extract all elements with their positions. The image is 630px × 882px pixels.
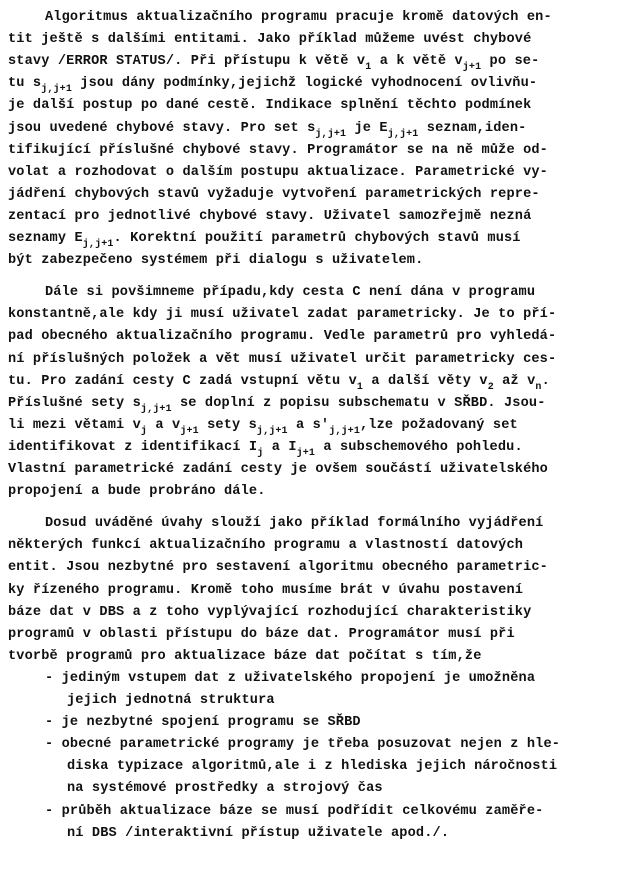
text-run: Algoritmus aktualizačního programu pracu… — [45, 10, 552, 25]
text-run: a k větě v — [371, 54, 462, 69]
bullet-item-3: - obecné parametrické programy je třeba … — [45, 734, 560, 756]
text-run: a s' — [288, 418, 330, 433]
subscript: n — [535, 382, 541, 393]
bullet-item-1-continuation: jejich jednotná struktura — [67, 690, 275, 712]
paragraph-2-line: Dále si povšimneme případu,kdy cesta C n… — [45, 282, 535, 304]
text-run: seznam,iden- — [418, 121, 526, 136]
paragraph-2-line: Vlastní parametrické zadání cesty je ovš… — [8, 459, 548, 481]
text-run: pad obecného aktualizačního programu. Ve… — [8, 329, 556, 344]
paragraph-2-line: konstantně,ale kdy ji musí uživatel zada… — [8, 304, 556, 326]
subscript: j — [141, 426, 147, 437]
paragraph-3-line: programů v oblasti přístupu do báze dat.… — [8, 624, 515, 646]
text-run: entit. Jsou nezbytné pro sestavení algor… — [8, 560, 548, 575]
text-run: Dále si povšimneme případu,kdy cesta C n… — [45, 285, 535, 300]
text-run: sety s — [199, 418, 257, 433]
paragraph-2-line: propojení a bude probráno dále. — [8, 481, 266, 503]
text-run: být zabezpečeno systémem při dialogu s u… — [8, 253, 423, 268]
subscript: j,j+1 — [141, 404, 172, 415]
subscript: j,j+1 — [329, 426, 360, 437]
subscript: j+1 — [463, 62, 481, 73]
bullet-item-3-continuation: diska typizace algoritmů,ale i z hledisk… — [67, 756, 557, 778]
paragraph-2-line: tu. Pro zadání cesty C zadá vstupní větu… — [8, 371, 550, 393]
text-run: - průběh aktualizace báze se musí podříd… — [45, 804, 543, 819]
subscript: j — [257, 448, 263, 459]
paragraph-3-line: tvorbě programů pro aktualizace báze dat… — [8, 646, 482, 668]
text-run: stavy /ERROR STATUS/. Při přístupu k vět… — [8, 54, 365, 69]
paragraph-3-line: ky řízeného programu. Kromě toho musíme … — [8, 580, 523, 602]
paragraph-2-line: ní příslušných položek a vět musí uživat… — [8, 349, 556, 371]
subscript: j,j+1 — [83, 239, 114, 250]
subscript: 1 — [357, 382, 363, 393]
subscript: j,j+1 — [257, 426, 288, 437]
paragraph-1-line: zentací pro jednotlivé chybové stavy. Už… — [8, 206, 531, 228]
bullet-item-1: - jediným vstupem dat z uživatelského pr… — [45, 668, 535, 690]
text-run: tit ještě s dalšími entitami. Jako příkl… — [8, 32, 531, 47]
text-run: jsou uvedené chybové stavy. Pro set s — [8, 121, 315, 136]
subscript: 1 — [365, 62, 371, 73]
bullet-item-4-continuation: ní DBS /interaktivní přístup uživatele a… — [67, 823, 449, 845]
paragraph-3-line: entit. Jsou nezbytné pro sestavení algor… — [8, 557, 548, 579]
text-run: až v — [494, 374, 536, 389]
text-run: Dosud uváděné úvahy slouží jako příklad … — [45, 516, 543, 531]
text-run: ,lze požadovaný set — [360, 418, 518, 433]
paragraph-1-line: seznamy Ej,j+1. Korektní použití paramet… — [8, 228, 521, 250]
text-run: seznamy E — [8, 231, 83, 246]
paragraph-1-line: je další postup po dané cestě. Indikace … — [8, 95, 531, 117]
text-run: jejich jednotná struktura — [67, 693, 275, 708]
paragraph-2-line: pad obecného aktualizačního programu. Ve… — [8, 326, 556, 348]
text-run: některých funkcí aktualizačního programu… — [8, 538, 523, 553]
text-run: ní příslušných položek a vět musí uživat… — [8, 352, 556, 367]
bullet-item-4: - průběh aktualizace báze se musí podříd… — [45, 801, 543, 823]
text-run: - je nezbytné spojení programu se SŘBD — [45, 715, 361, 730]
subscript: 2 — [488, 382, 494, 393]
text-run: se doplní z popisu subschematu v SŘBD. J… — [172, 396, 546, 411]
paragraph-1-line: Algoritmus aktualizačního programu pracu… — [45, 7, 552, 29]
subscript: j,j+1 — [388, 129, 419, 140]
text-run: volat a rozhodovat o dalším postupu aktu… — [8, 165, 548, 180]
paragraph-2-line: identifikovat z identifikací Ij a Ij+1 a… — [8, 437, 523, 459]
text-run: zentací pro jednotlivé chybové stavy. Už… — [8, 209, 531, 224]
text-run: . Korektní použití parametrů chybových s… — [114, 231, 521, 246]
text-run: je další postup po dané cestě. Indikace … — [8, 98, 531, 113]
paragraph-2-line: li mezi větami vj a vj+1 sety sj,j+1 a s… — [8, 415, 518, 437]
text-run: jádření chybových stavů vyžaduje vytvoře… — [8, 187, 540, 202]
text-run: tvorbě programů pro aktualizace báze dat… — [8, 649, 482, 664]
text-run: Příslušné sety s — [8, 396, 141, 411]
text-run: programů v oblasti přístupu do báze dat.… — [8, 627, 515, 642]
text-run: tu s — [8, 76, 41, 91]
text-run: diska typizace algoritmů,ale i z hledisk… — [67, 759, 557, 774]
paragraph-1-line: stavy /ERROR STATUS/. Při přístupu k vět… — [8, 51, 539, 73]
text-run: tu. Pro zadání cesty C zadá vstupní větu… — [8, 374, 357, 389]
paragraph-1-line: jádření chybových stavů vyžaduje vytvoře… — [8, 184, 540, 206]
text-run: - obecné parametrické programy je třeba … — [45, 737, 560, 752]
paragraph-1-line: být zabezpečeno systémem při dialogu s u… — [8, 250, 423, 272]
text-run: po se- — [481, 54, 539, 69]
subscript: j,j+1 — [41, 84, 72, 95]
bullet-item-3-continuation: na systémové prostředky a strojový čas — [67, 778, 383, 800]
paragraph-1-line: tu sj,j+1 jsou dány podmínky,jejichž log… — [8, 73, 537, 95]
text-run: konstantně,ale kdy ji musí uživatel zada… — [8, 307, 556, 322]
paragraph-1-line: tifikující příslušné chybové stavy. Prog… — [8, 140, 548, 162]
text-run: a další věty v — [363, 374, 488, 389]
text-run: li mezi větami v — [8, 418, 141, 433]
text-run: ky řízeného programu. Kromě toho musíme … — [8, 583, 523, 598]
text-run: jsou dány podmínky,jejichž logické vyhod… — [72, 76, 537, 91]
text-run: ní DBS /interaktivní přístup uživatele a… — [67, 826, 449, 841]
text-run: Vlastní parametrické zadání cesty je ovš… — [8, 462, 548, 477]
paragraph-3-line: některých funkcí aktualizačního programu… — [8, 535, 523, 557]
subscript: j+1 — [297, 448, 315, 459]
text-run: na systémové prostředky a strojový čas — [67, 781, 383, 796]
text-run: báze dat v DBS a z toho vyplývající rozh… — [8, 605, 531, 620]
text-run: a I — [263, 440, 296, 455]
text-run: a v — [147, 418, 180, 433]
bullet-item-2: - je nezbytné spojení programu se SŘBD — [45, 712, 361, 734]
subscript: j,j+1 — [315, 129, 346, 140]
paragraph-2-line: Příslušné sety sj,j+1 se doplní z popisu… — [8, 393, 546, 415]
text-run: . — [542, 374, 550, 389]
text-run: - jediným vstupem dat z uživatelského pr… — [45, 671, 535, 686]
paragraph-3-line: báze dat v DBS a z toho vyplývající rozh… — [8, 602, 531, 624]
paragraph-1-line: volat a rozhodovat o dalším postupu aktu… — [8, 162, 548, 184]
text-run: je E — [346, 121, 388, 136]
paragraph-1-line: tit ještě s dalšími entitami. Jako příkl… — [8, 29, 531, 51]
text-run: tifikující příslušné chybové stavy. Prog… — [8, 143, 548, 158]
text-run: a subschemového pohledu. — [315, 440, 523, 455]
subscript: j+1 — [180, 426, 198, 437]
paragraph-3-line: Dosud uváděné úvahy slouží jako příklad … — [45, 513, 543, 535]
paragraph-1-line: jsou uvedené chybové stavy. Pro set sj,j… — [8, 118, 526, 140]
text-run: identifikovat z identifikací I — [8, 440, 257, 455]
text-run: propojení a bude probráno dále. — [8, 484, 266, 499]
